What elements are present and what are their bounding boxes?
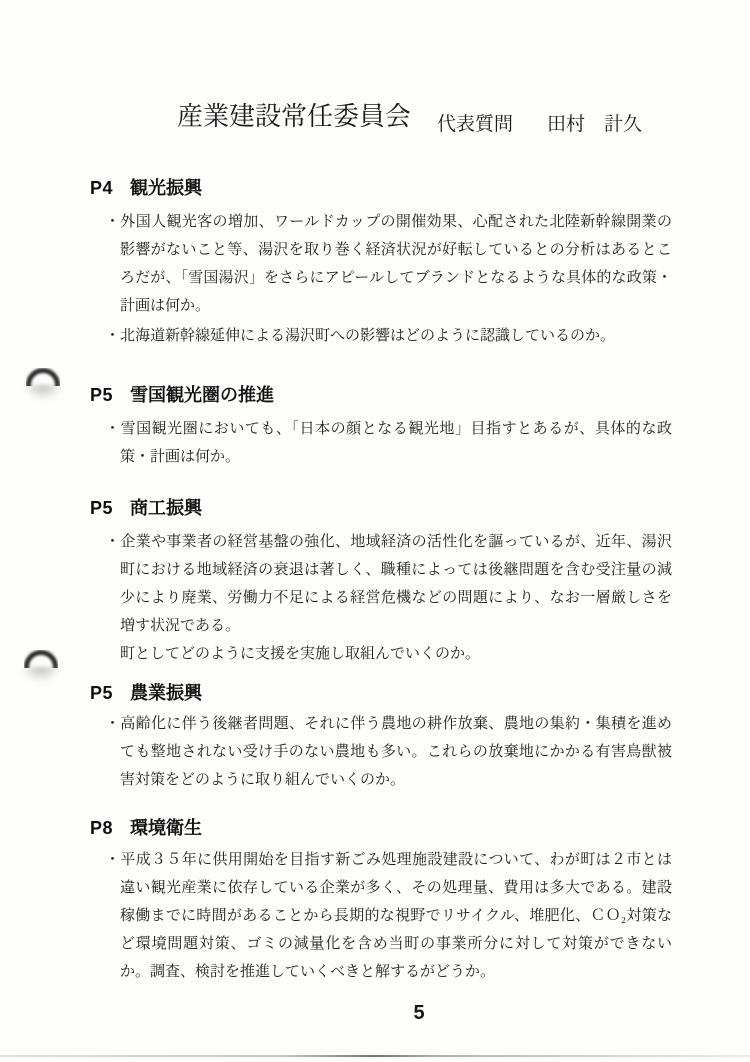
punch-hole-shadow <box>24 650 58 668</box>
section-heading-row: P8 環境衛生 <box>90 816 202 840</box>
section-heading: 農業振興 <box>130 681 202 705</box>
punch-hole-shadow-halo <box>22 667 60 682</box>
section-ref: P5 <box>90 681 113 705</box>
author-name: 田村 計久 <box>547 111 642 139</box>
section-ref: P5 <box>90 383 113 407</box>
punch-hole-shadow <box>26 368 60 386</box>
section-heading-row: P5 農業振興 <box>90 681 202 705</box>
question-bullet: ・高齢化に伴う後継者問題、それに伴う農地の耕作放棄、農地の集約・集積を進めても整… <box>0 710 750 794</box>
document-title: 産業建設常任委員会 <box>177 98 411 136</box>
section-heading: 環境衛生 <box>130 816 202 840</box>
section-ref: P5 <box>90 496 113 520</box>
section-heading-row: P5 雪国観光圏の推進 <box>90 383 274 407</box>
question-bullet: ・外国人観光客の増加、ワールドカップの開催効果、心配された北陸新幹線開業の影響が… <box>0 208 750 320</box>
question-bullet: ・北海道新幹線延伸による湯沢町への影響はどのように認識しているのか。 <box>0 322 750 350</box>
section-heading: 観光振興 <box>130 176 202 200</box>
question-bullet: ・雪国観光圏においても、「日本の顔となる観光地」目指すとあるが、具体的な政策・計… <box>0 415 750 471</box>
section-ref: P4 <box>90 176 113 200</box>
section-ref: P8 <box>90 816 113 840</box>
question-bullet: ・企業や事業者の経営基盤の強化、地域経済の活性化を謳っているが、近年、湯沢町にお… <box>0 528 750 668</box>
question-bullet: ・平成３５年に供用開始を目指す新ごみ処理施設建設について、わが町は２市とは違い観… <box>0 846 750 986</box>
document-subtitle: 代表質問 <box>437 111 513 139</box>
section-heading-row: P4 観光振興 <box>90 176 202 200</box>
scanned-page: 産業建設常任委員会 代表質問 田村 計久 P4 観光振興 ・外国人観光客の増加、… <box>0 0 750 1062</box>
section-heading-row: P5 商工振興 <box>90 496 202 520</box>
page-number: 5 <box>406 1002 432 1025</box>
section-heading: 雪国観光圏の推進 <box>130 383 274 407</box>
scan-edge-line <box>0 1055 750 1057</box>
punch-hole-shadow-halo <box>24 385 62 400</box>
section-heading: 商工振興 <box>130 496 202 520</box>
